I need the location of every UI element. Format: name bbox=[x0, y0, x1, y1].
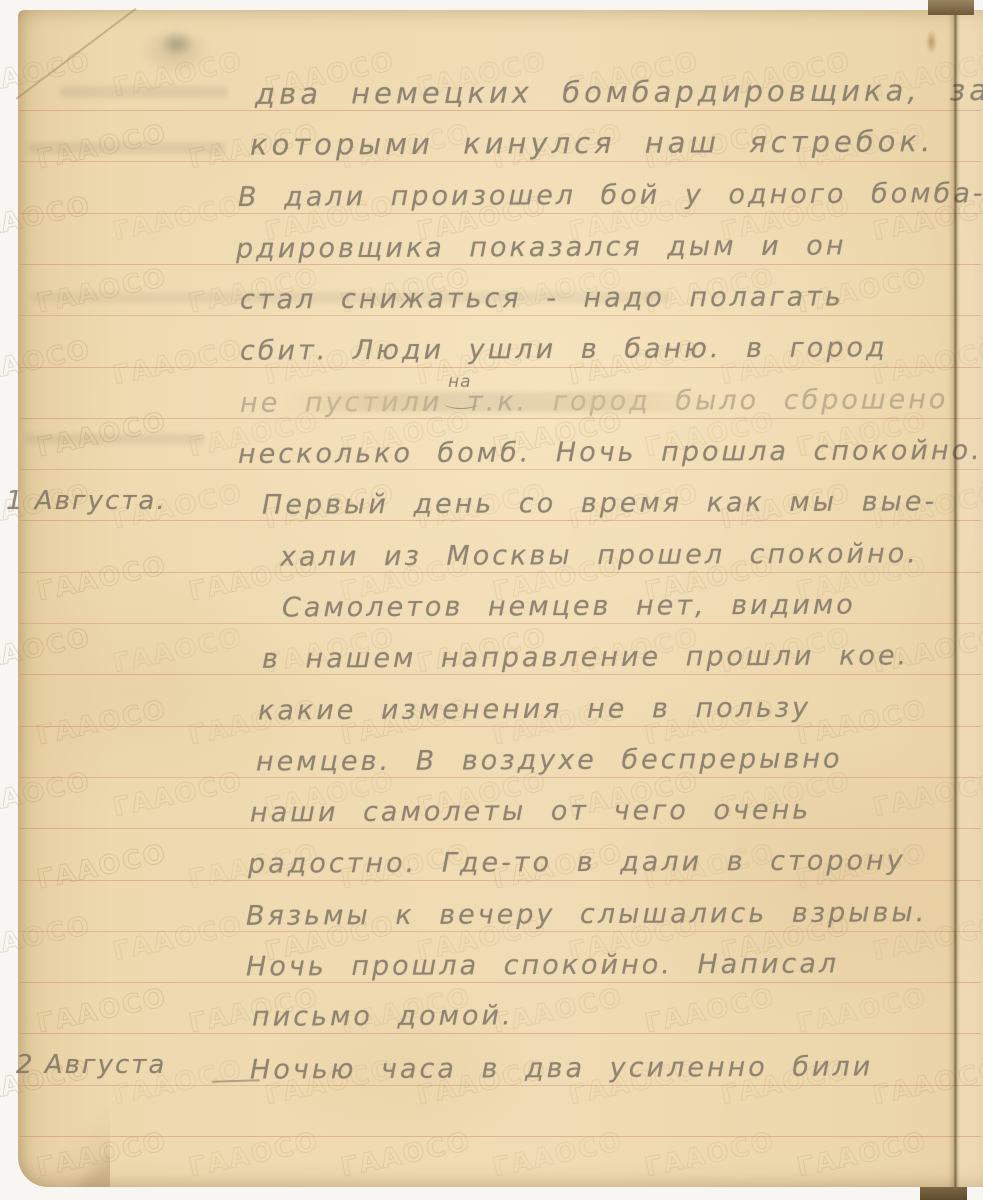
page-crease bbox=[948, 10, 960, 1187]
facing-page-edge bbox=[957, 10, 983, 1187]
binding-tab-bottom bbox=[920, 1187, 967, 1200]
notebook-page bbox=[18, 10, 983, 1187]
binding-tab-top bbox=[928, 0, 974, 15]
scanned-diary-page: ГААОСОГААОСОГААОСОГААОСОГААОСОГААОСОГААО… bbox=[0, 0, 983, 1200]
